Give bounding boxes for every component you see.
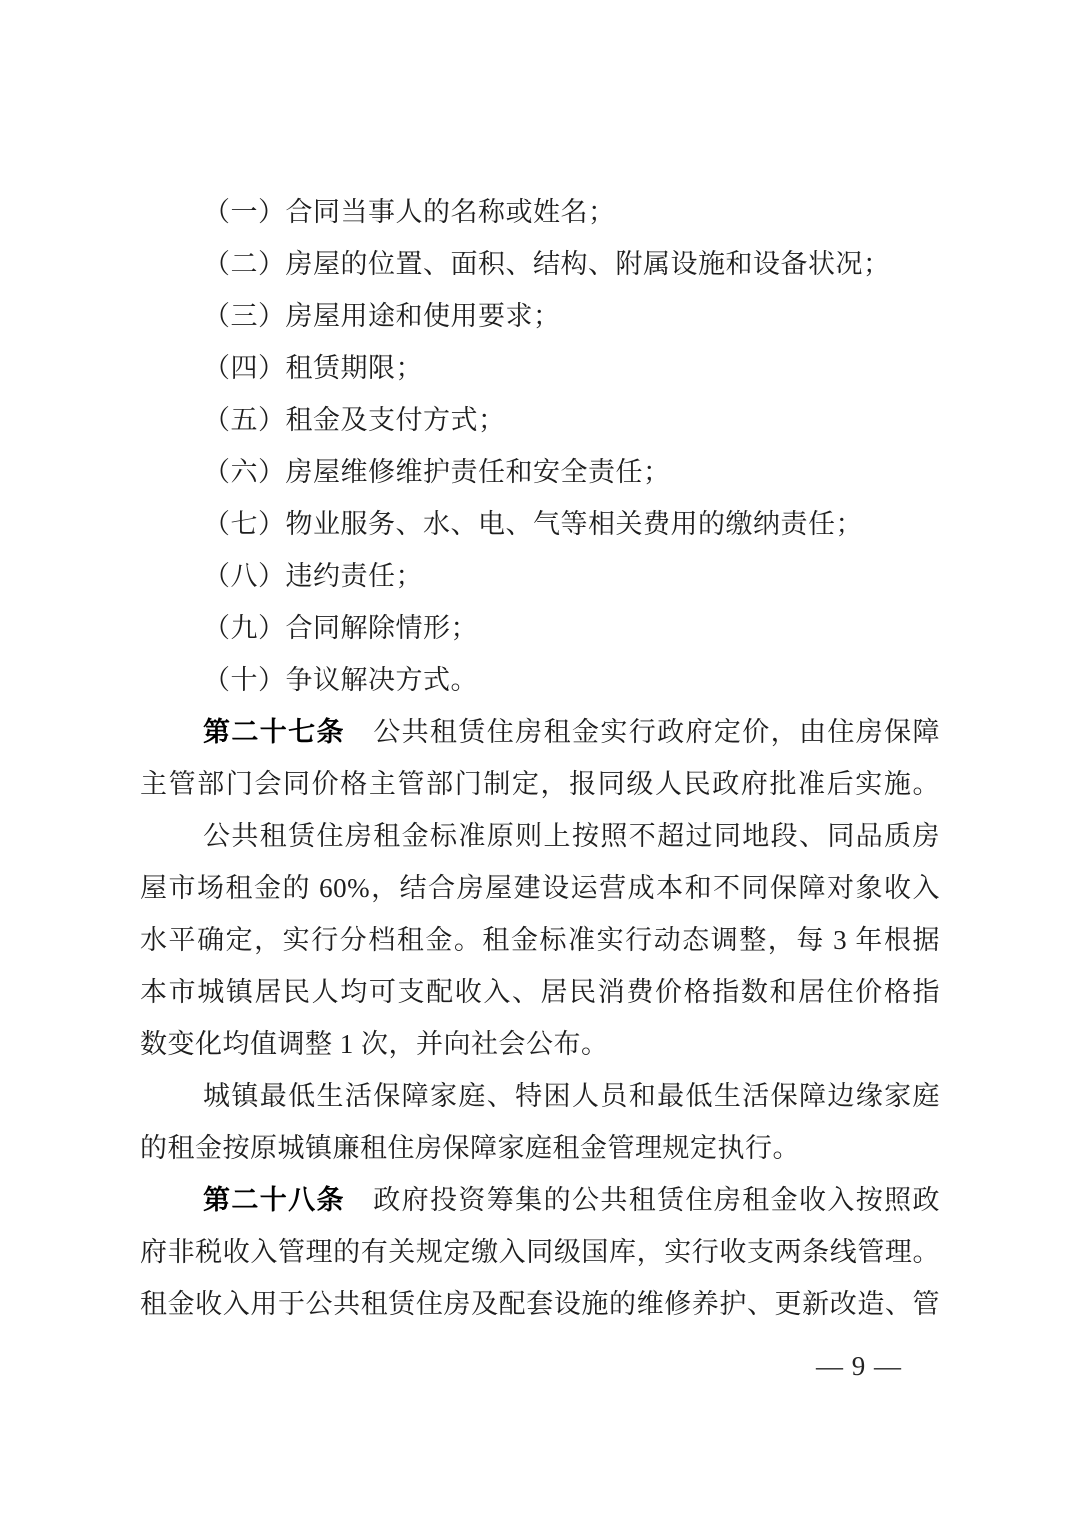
- text-line: （六）房屋维修维护责任和安全责任；: [140, 446, 940, 498]
- text-line: （三）房屋用途和使用要求；: [140, 290, 940, 342]
- text-line: 数变化均值调整 1 次，并向社会公布。: [140, 1018, 940, 1070]
- text-line: （五）租金及支付方式；: [140, 394, 940, 446]
- text-line: 城镇最低生活保障家庭、特困人员和最低生活保障边缘家庭: [140, 1070, 940, 1122]
- text-line: （一）合同当事人的名称或姓名；: [140, 186, 940, 238]
- text-line: 的租金按原城镇廉租住房保障家庭租金管理规定执行。: [140, 1122, 940, 1174]
- article-number: 第二十七条: [203, 717, 345, 747]
- page-number: — 9 —: [816, 1344, 902, 1388]
- text-line: 租金收入用于公共租赁住房及配套设施的维修养护、更新改造、管: [140, 1278, 940, 1330]
- text-line: 主管部门会同价格主管部门制定，报同级人民政府批准后实施。: [140, 758, 940, 810]
- text-line: 屋市场租金的 60%，结合房屋建设运营成本和不同保障对象收入: [140, 862, 940, 914]
- text-line: 第二十七条 公共租赁住房租金实行政府定价，由住房保障: [140, 706, 940, 758]
- text-line: （二）房屋的位置、面积、结构、附属设施和设备状况；: [140, 238, 940, 290]
- text-line: 第二十八条 政府投资筹集的公共租赁住房租金收入按照政: [140, 1174, 940, 1226]
- text-line: （四）租赁期限；: [140, 342, 940, 394]
- document-body: （一）合同当事人的名称或姓名；（二）房屋的位置、面积、结构、附属设施和设备状况；…: [140, 186, 940, 1330]
- text-line: 府非税收入管理的有关规定缴入同级国库，实行收支两条线管理。: [140, 1226, 940, 1278]
- text-line: （九）合同解除情形；: [140, 602, 940, 654]
- text-line: （七）物业服务、水、电、气等相关费用的缴纳责任；: [140, 498, 940, 550]
- article-number: 第二十八条: [203, 1185, 345, 1215]
- text-line: （十）争议解决方式。: [140, 654, 940, 706]
- text-line: 公共租赁住房租金标准原则上按照不超过同地段、同品质房: [140, 810, 940, 862]
- document-page: （一）合同当事人的名称或姓名；（二）房屋的位置、面积、结构、附属设施和设备状况；…: [0, 0, 1074, 1520]
- text-line: 本市城镇居民人均可支配收入、居民消费价格指数和居住价格指: [140, 966, 940, 1018]
- text-line: 水平确定，实行分档租金。租金标准实行动态调整，每 3 年根据: [140, 914, 940, 966]
- text-line: （八）违约责任；: [140, 550, 940, 602]
